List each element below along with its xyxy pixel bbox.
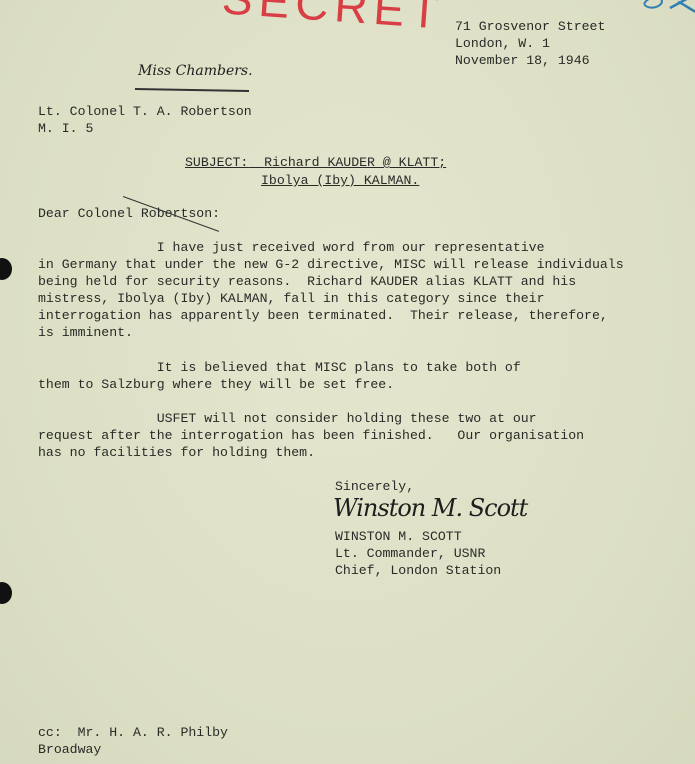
- handwritten-note: Miss Chambers.: [138, 63, 253, 79]
- address-city: London, W. 1: [455, 35, 605, 52]
- cc-location: Broadway: [38, 741, 228, 758]
- greeting: Dear Colonel Robertson:: [38, 205, 220, 222]
- recipient-org: M. I. 5: [38, 120, 252, 137]
- body-paragraph-3: USFET will not consider holding these tw…: [38, 410, 584, 461]
- signer-rank: Lt. Commander, USNR: [335, 545, 501, 562]
- recipient-block: Lt. Colonel T. A. RobertsonM. I. 5: [38, 103, 252, 137]
- recipient-name: Lt. Colonel T. A. Robertson: [38, 103, 252, 120]
- handwritten-underline: [135, 88, 249, 92]
- handwritten-signature: Winston M. Scott: [333, 494, 527, 522]
- punch-hole-icon: [0, 582, 12, 604]
- punch-hole-icon: [0, 258, 12, 280]
- handwritten-corner-mark-icon: [640, 0, 695, 18]
- signature-block: WINSTON M. SCOTTLt. Commander, USNRChief…: [335, 528, 501, 579]
- cc-block: cc: Mr. H. A. R. PhilbyBroadway: [38, 724, 228, 758]
- body-paragraph-1: I have just received word from our repre…: [38, 239, 624, 341]
- signer-title: Chief, London Station: [335, 562, 501, 579]
- body-paragraph-2: It is believed that MISC plans to take b…: [38, 359, 521, 393]
- sender-address: 71 Grosvenor StreetLondon, W. 1November …: [455, 18, 605, 69]
- subject-line: SUBJECT: Richard KAUDER @ KLATT;: [185, 154, 446, 171]
- letter-page: SECRET 71 Grosvenor StreetLondon, W. 1No…: [0, 0, 695, 764]
- secret-stamp: SECRET: [220, 0, 446, 40]
- closing: Sincerely,: [335, 478, 414, 495]
- subject-text-2: Ibolya (Iby) KALMAN.: [261, 172, 419, 189]
- cc-recipient: cc: Mr. H. A. R. Philby: [38, 724, 228, 741]
- letter-date: November 18, 1946: [455, 52, 605, 69]
- address-street: 71 Grosvenor Street: [455, 18, 605, 35]
- subject-text-1: Richard KAUDER @ KLATT;: [264, 155, 446, 170]
- subject-label: SUBJECT:: [185, 155, 248, 170]
- signer-name: WINSTON M. SCOTT: [335, 528, 501, 545]
